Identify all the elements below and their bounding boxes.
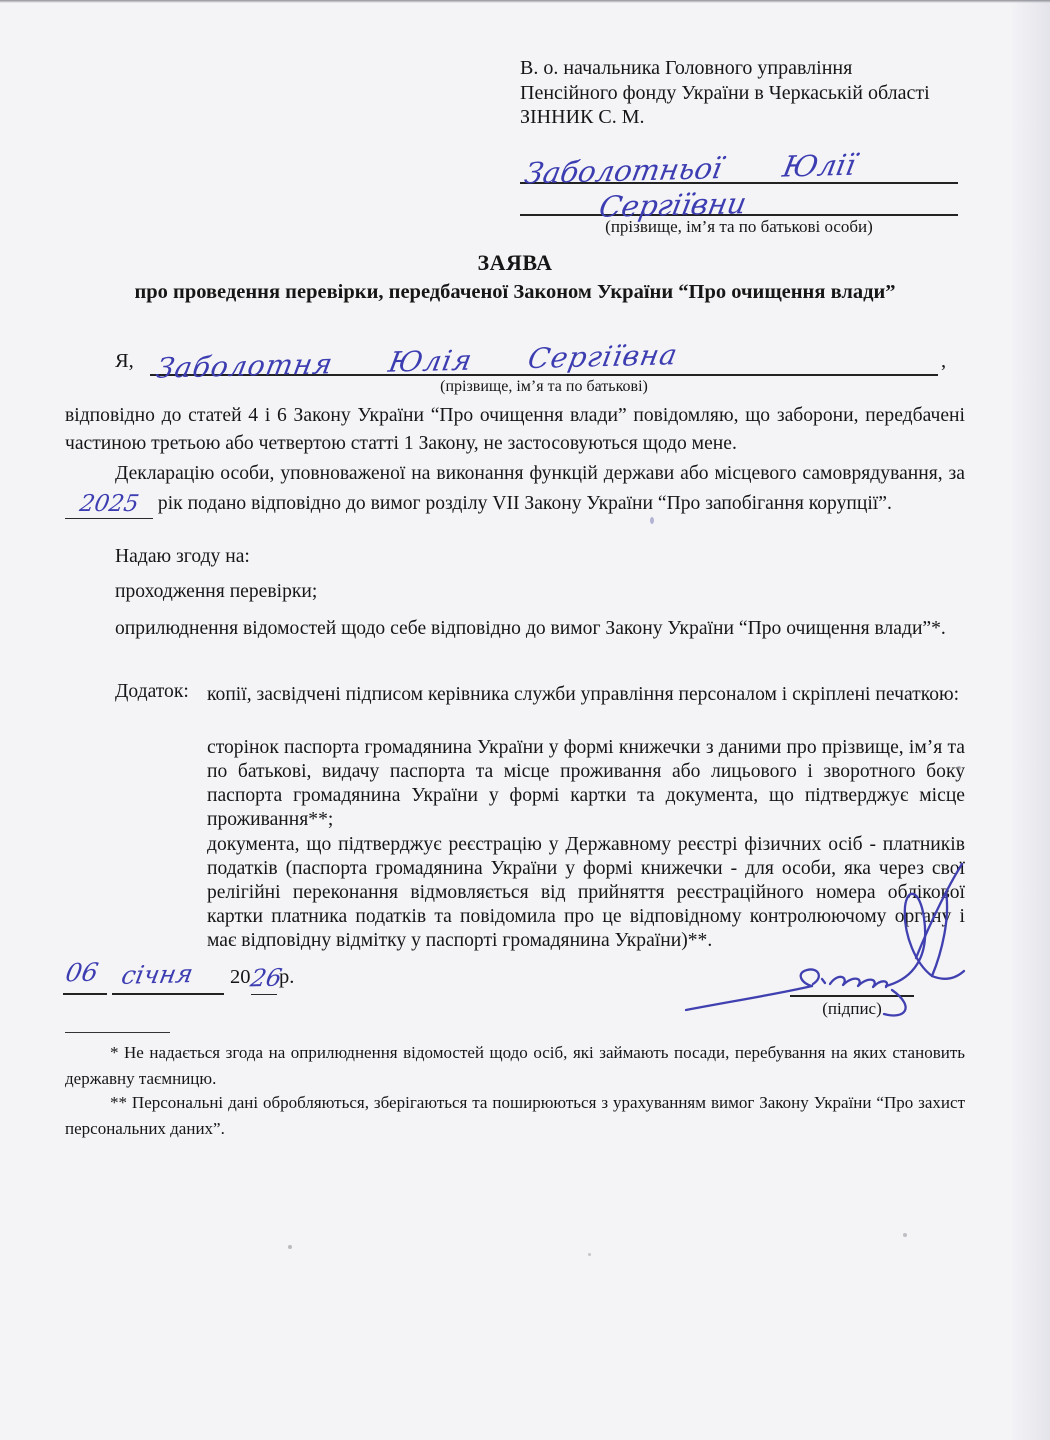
date-printed-century: 20 <box>230 966 251 989</box>
declarant-name-caption: (прізвище, ім’я та по батькові) <box>150 378 938 396</box>
recipient-name-caption: (прізвище, ім’я та по батькові особи) <box>520 217 958 237</box>
declaration-year-blank: 2025 <box>65 488 153 519</box>
scanned-document-page: В. о. начальника Головного управління Пе… <box>0 0 1050 1440</box>
declarant-name-blank: Заболотня Юлія Сергіївна <box>150 338 938 376</box>
declarant-prefix: Я, <box>115 350 134 373</box>
addressee-line: ЗІННИК С. М. <box>520 105 990 130</box>
scan-speck <box>588 1253 591 1256</box>
footnote-personal-data: ** Персональні дані обробляються, зберіг… <box>65 1090 965 1142</box>
handwritten-signature <box>678 858 988 1028</box>
addressee-block: В. о. начальника Головного управління Пе… <box>520 56 990 130</box>
declaration-text-before: Декларацію особи, уповноваженої на викон… <box>115 463 965 484</box>
attachment-label: Додаток: <box>115 681 189 703</box>
handwritten-date-day: 06 <box>63 958 100 988</box>
declarant-suffix-comma: , <box>941 350 946 373</box>
date-year-blank: 26 <box>251 962 277 995</box>
scan-speck <box>288 1245 292 1249</box>
attachment-item-passport-pages: сторінок паспорта громадянина України у … <box>207 736 965 832</box>
document-subtitle: про проведення перевірки, передбаченої З… <box>0 281 1030 304</box>
footnote-separator <box>65 1015 170 1033</box>
date-printed-suffix: р. <box>279 966 294 989</box>
handwritten-date-month: січня <box>119 959 195 990</box>
recipient-name-line-1: Заболотньої Юлії <box>520 146 958 184</box>
addressee-line: Пенсійного фонду України в Черкаській об… <box>520 81 990 106</box>
document-title: ЗАЯВА <box>0 250 1030 276</box>
consent-item-publication: оприлюднення відомостей щодо себе відпов… <box>65 615 965 643</box>
recipient-name-line-2: Сергіївни <box>520 180 958 216</box>
scan-speck <box>903 1233 907 1237</box>
consent-intro: Надаю згоду на: <box>115 546 250 568</box>
scan-speck <box>957 766 961 770</box>
consent-item-check: проходження перевірки; <box>115 581 317 603</box>
paragraph-declaration: Декларацію особи, уповноваженої на викон… <box>65 460 965 519</box>
declaration-text-after: рік подано відповідно до вимог розділу V… <box>158 493 892 514</box>
addressee-line: В. о. начальника Головного управління <box>520 56 990 81</box>
attachment-intro: копії, засвідчені підписом керівника слу… <box>207 681 965 708</box>
footnote-state-secret: * Не надається згода на оприлюднення від… <box>65 1040 965 1092</box>
handwritten-declaration-year: 2025 <box>77 490 140 518</box>
scan-speck <box>650 517 654 524</box>
paragraph-bans: відповідно до статей 4 і 6 Закону Україн… <box>65 402 965 458</box>
